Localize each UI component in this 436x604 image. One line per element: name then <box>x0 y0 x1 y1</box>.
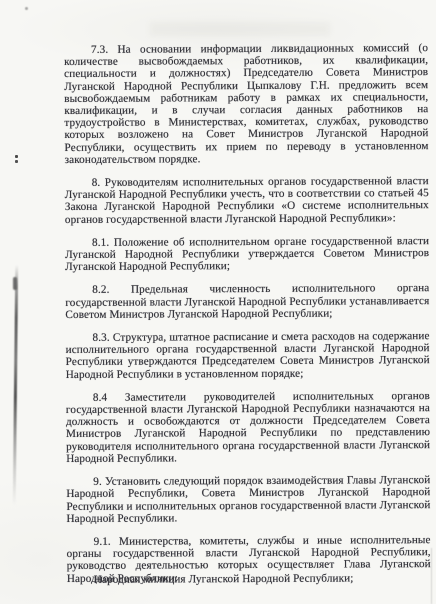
paragraph-8-2: 8.2. Предельная численность исполнительн… <box>65 283 429 322</box>
margin-ink-smudge <box>13 277 17 290</box>
paragraph-9: 9. Установить следующий порядок взаимоде… <box>66 474 430 525</box>
paragraph-8: 8. Руководителям исполнительных органов … <box>65 175 429 226</box>
scanned-document-page: 7.3. На основании информации ликвидацион… <box>0 0 436 604</box>
margin-pencil-streak <box>13 265 18 505</box>
scan-speck <box>25 7 28 10</box>
line-narodnaya-militsiya: Народная милиция Луганской Народной Респ… <box>67 572 431 586</box>
bleed-through-patch <box>150 22 330 36</box>
margin-ink-dots <box>15 155 18 158</box>
paragraph-8-4: 8.4 Заместители руководителей исполнител… <box>66 390 430 465</box>
paragraph-7-3: 7.3. На основании информации ликвидацион… <box>64 42 429 166</box>
paragraph-8-1: 8.1. Положение об исполнительном органе … <box>65 235 429 274</box>
paragraph-8-3: 8.3. Структура, штатное расписание и сме… <box>66 330 430 381</box>
document-text-block: 7.3. На основании информации ликвидацион… <box>64 42 431 586</box>
